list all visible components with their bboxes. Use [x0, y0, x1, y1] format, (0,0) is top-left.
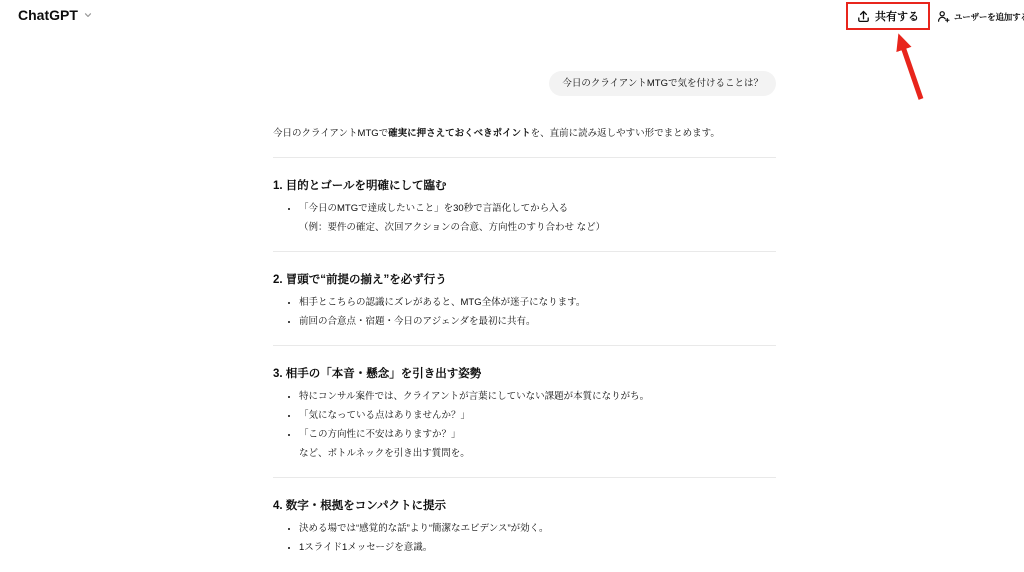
app-title: ChatGPT	[18, 7, 78, 23]
bullet-item: 相手とこちらの認識にズレがあると、MTG全体が迷子になります。	[299, 293, 776, 312]
assistant-intro: 今日のクライアントMTGで確実に押さえておくべきポイントを、直前に読み返しやすい…	[273, 124, 776, 143]
bullet-text: 前回の合意点・宿題・今日のアジェンダを最初に共有。	[299, 316, 536, 327]
bullet-subtext: （例：要件の確定、次回アクションの合意、方向性のすり合わせ など）	[299, 218, 776, 237]
bullet-text: 1スライド1メッセージを意識。	[299, 542, 432, 553]
section-heading: 2. 冒頭で“前提の揃え”を必ず行う	[273, 270, 776, 291]
person-plus-icon	[937, 10, 950, 23]
bullet-item: 「今日のMTGで達成したいこと」を30秒で言語化してから入る（例：要件の確定、次…	[299, 199, 776, 237]
bullet-text: 「今日のMTGで達成したいこと」を30秒で言語化してから入る	[299, 203, 568, 214]
section-bullets: 特にコンサル案件では、クライアントが言葉にしていない課題が本質になりがち。 「気…	[273, 387, 776, 463]
share-button-label: 共有する	[875, 8, 919, 24]
section-heading: 3. 相手の「本音・懸念」を引き出す姿勢	[273, 364, 776, 385]
bullet-text: 特にコンサル案件では、クライアントが言葉にしていない課題が本質になりがち。	[299, 391, 649, 402]
bullet-item: 決める場では“感覚的な話”より“簡潔なエビデンス”が効く。	[299, 519, 776, 538]
bullet-text: 決める場では“感覚的な話”より“簡潔なエビデンス”が効く。	[299, 523, 549, 534]
bullet-text: 「この方向性に不安はありますか？」	[299, 429, 461, 440]
section-heading: 4. 数字・根拠をコンパクトに提示	[273, 496, 776, 517]
bullet-subtext: など、ボトルネックを引き出す質問を。	[299, 444, 776, 463]
section-divider	[273, 157, 776, 158]
upload-tray-icon	[857, 10, 870, 23]
intro-bold-text: 確実に押さえておくべきポイント	[388, 128, 531, 139]
section-bullets: 決める場では“感覚的な話”より“簡潔なエビデンス”が効く。 1スライド1メッセー…	[273, 519, 776, 557]
user-message-bubble: 今日のクライアントMTGで気を付けることは？	[549, 71, 776, 96]
section-bullets: 相手とこちらの認識にズレがあると、MTG全体が迷子になります。 前回の合意点・宿…	[273, 293, 776, 331]
section-heading: 1. 目的とゴールを明確にして臨む	[273, 176, 776, 197]
assistant-section-2: 2. 冒頭で“前提の揃え”を必ず行う 相手とこちらの認識にズレがあると、MTG全…	[273, 270, 776, 331]
section-divider	[273, 345, 776, 346]
section-bullets: 「今日のMTGで達成したいこと」を30秒で言語化してから入る（例：要件の確定、次…	[273, 199, 776, 237]
bullet-text: 相手とこちらの認識にズレがあると、MTG全体が迷子になります。	[299, 297, 585, 308]
bullet-item: 「この方向性に不安はありますか？」など、ボトルネックを引き出す質問を。	[299, 425, 776, 463]
conversation: 今日のクライアントMTGで気を付けることは？ 今日のクライアントMTGで確実に押…	[273, 0, 776, 557]
assistant-section-4: 4. 数字・根拠をコンパクトに提示 決める場では“感覚的な話”より“簡潔なエビデ…	[273, 496, 776, 557]
bullet-item: 前回の合意点・宿題・今日のアジェンダを最初に共有。	[299, 312, 776, 331]
bullet-item: 特にコンサル案件では、クライアントが言葉にしていない課題が本質になりがち。	[299, 387, 776, 406]
add-user-button-label: ユーザーを追加する	[954, 11, 1024, 23]
add-user-button[interactable]: ユーザーを追加する	[931, 9, 1024, 24]
share-annotation-box: 共有する	[846, 2, 930, 30]
section-divider	[273, 477, 776, 478]
bullet-item: 1スライド1メッセージを意識。	[299, 538, 776, 557]
section-divider	[273, 251, 776, 252]
intro-text: 今日のクライアントMTGで	[273, 128, 388, 139]
chevron-down-icon	[83, 10, 93, 20]
user-message-row: 今日のクライアントMTGで気を付けることは？	[273, 71, 776, 96]
share-button[interactable]: 共有する	[850, 6, 926, 26]
assistant-section-1: 1. 目的とゴールを明確にして臨む 「今日のMTGで達成したいこと」を30秒で言…	[273, 176, 776, 237]
model-switcher[interactable]: ChatGPT	[18, 7, 93, 23]
bullet-text: 「気になっている点はありませんか？」	[299, 410, 470, 421]
assistant-section-3: 3. 相手の「本音・懸念」を引き出す姿勢 特にコンサル案件では、クライアントが言…	[273, 364, 776, 463]
bullet-item: 「気になっている点はありませんか？」	[299, 406, 776, 425]
intro-text: を、直前に読み返しやすい形でまとめます。	[531, 128, 720, 139]
annotation-arrow	[870, 24, 932, 106]
